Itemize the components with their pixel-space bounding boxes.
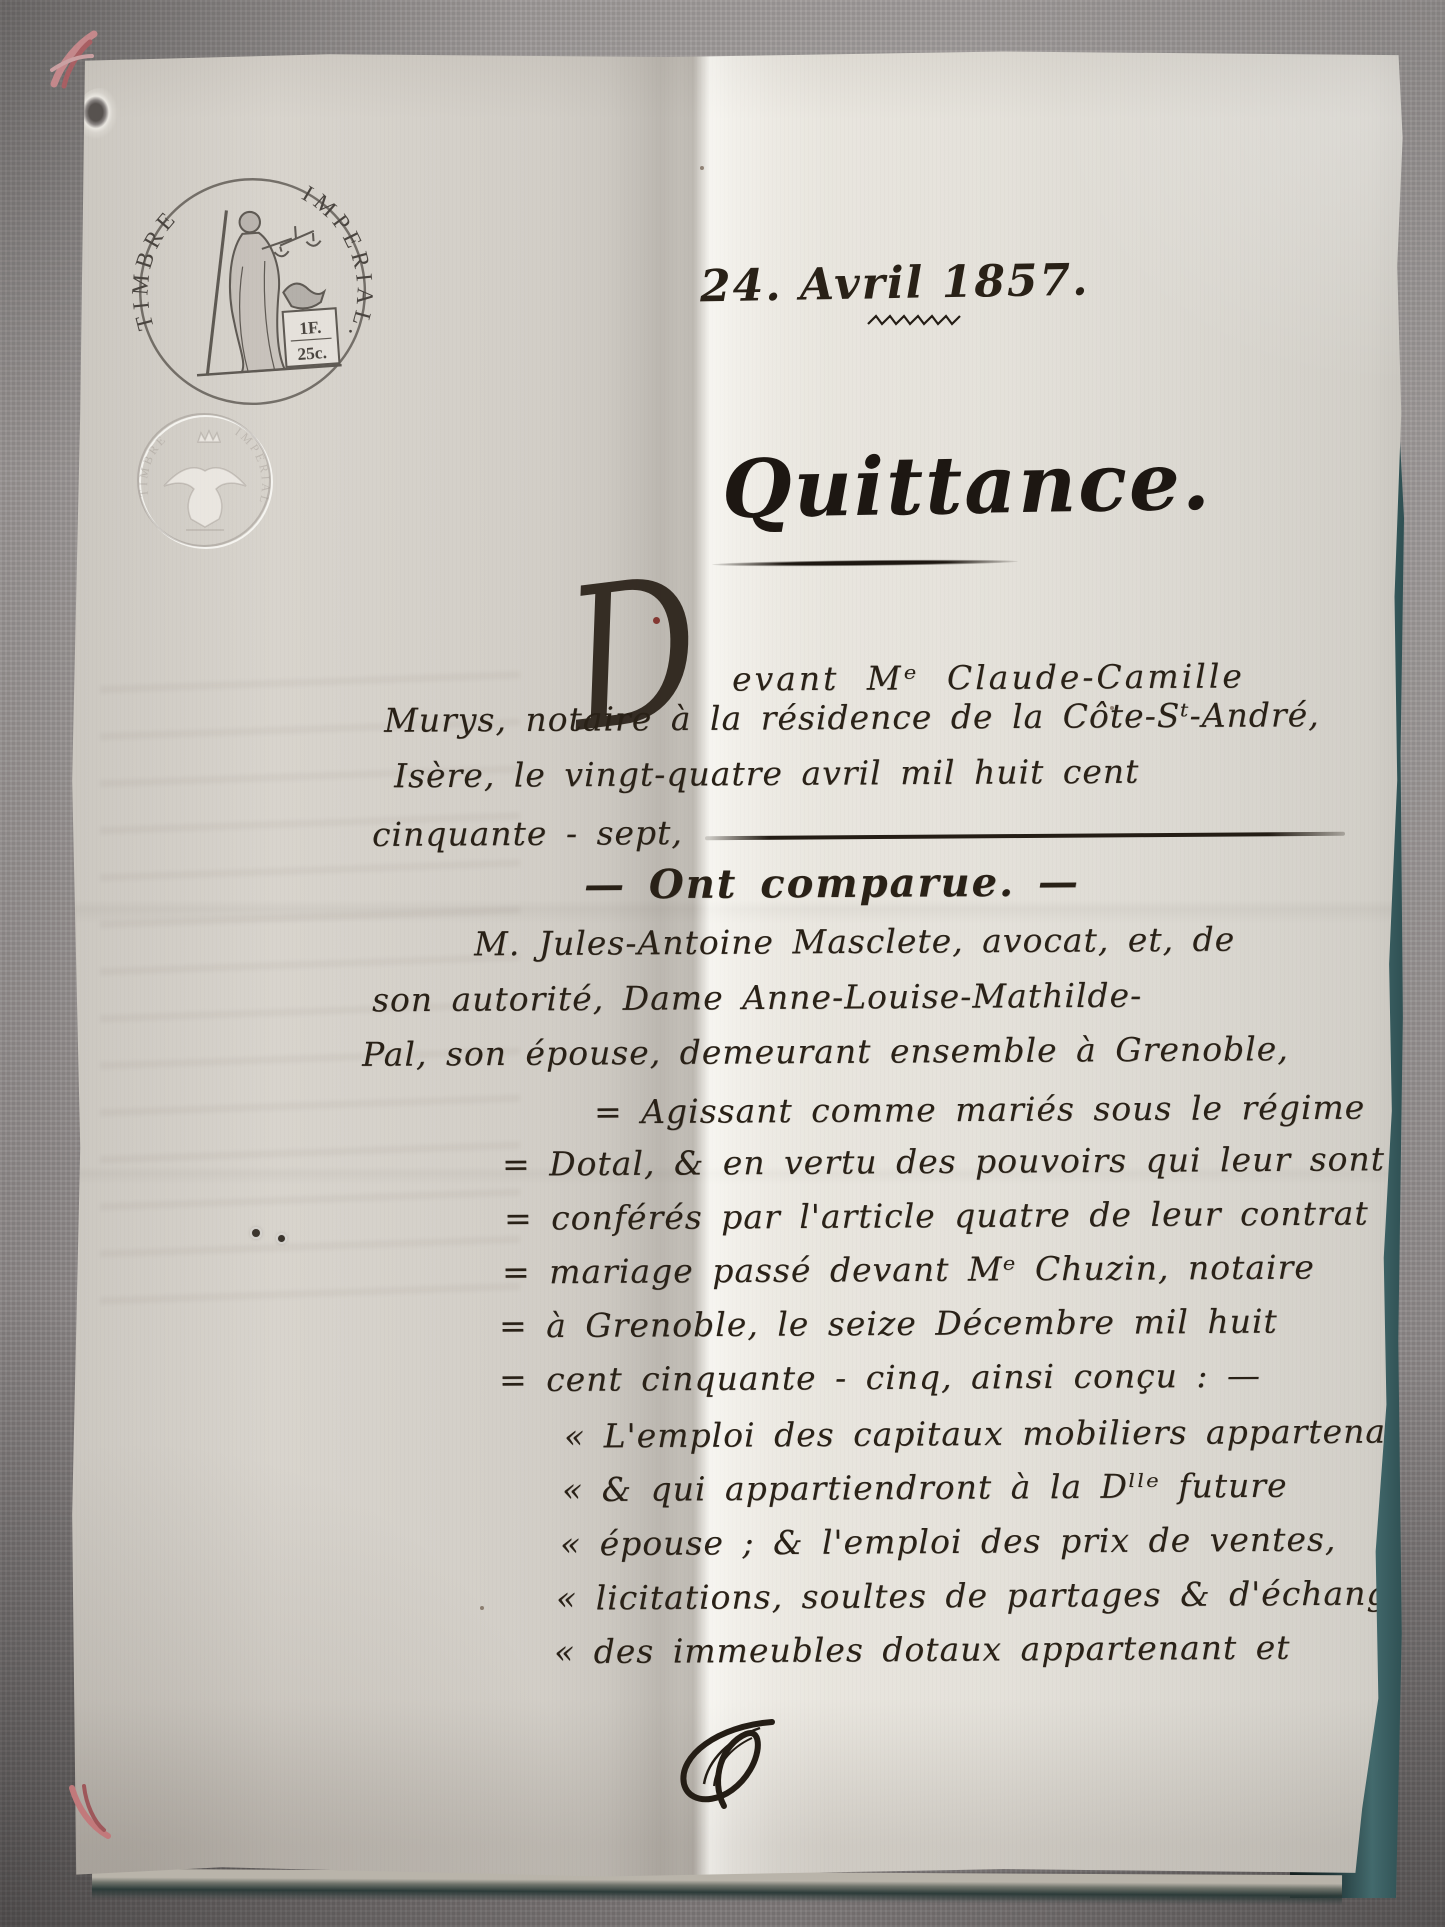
binding-thread-bottom [62, 1782, 116, 1842]
manuscript-line: Murys, notaire à la résidence de la Côte… [384, 695, 1320, 740]
manuscript-line: « licitations, soultes de partages & d'é… [556, 1573, 1427, 1617]
photograph-of-notarial-deed: TIMBRE IMPERIAL. 1F. [0, 0, 1445, 1927]
manuscript-text: evant Mᵉ Claude-CamilleMurys, notaire à … [60, 46, 1408, 1882]
binding-thread-top [44, 26, 104, 92]
document-page: TIMBRE IMPERIAL. 1F. [60, 46, 1408, 1882]
manuscript-line: = mariage passé devant Mᵉ Chuzin, notair… [502, 1248, 1315, 1292]
manuscript-line: « des immeubles dotaux appartenant et [554, 1628, 1291, 1671]
paper-speck [480, 1606, 484, 1610]
wormhole [278, 1235, 285, 1242]
manuscript-line: Pal, son épouse, demeurant ensemble à Gr… [362, 1029, 1289, 1074]
manuscript-line: M. Jules-Antoine Masclete, avocat, et, d… [474, 920, 1235, 964]
paraph-flourish [660, 1712, 800, 1822]
manuscript-line: = Agissant comme mariés sous le régime [594, 1088, 1365, 1132]
comparu-heading: — Ont comparue. — [584, 858, 1080, 908]
manuscript-line: = à Grenoble, le seize Décembre mil huit [499, 1302, 1278, 1346]
paper-speck [1110, 706, 1114, 710]
paper-speck [700, 166, 704, 170]
manuscript-line: son autorité, Dame Anne-Louise-Mathilde- [372, 976, 1142, 1020]
manuscript-line: cinquante - sept, [372, 813, 683, 854]
manuscript-line: = Dotal, & en vertu des pouvoirs qui leu… [502, 1139, 1385, 1183]
manuscript-line: = conférés par l'article quatre de leur … [504, 1193, 1430, 1238]
manuscript-line: evant Mᵉ Claude-Camille [732, 656, 1245, 698]
manuscript-line: « épouse ; & l'emploi des prix de ventes… [560, 1520, 1337, 1564]
manuscript-line: = cent cinquante - cinq, ainsi conçu : — [499, 1356, 1261, 1400]
manuscript-line: Isère, le vingt-quatre avril mil huit ce… [394, 752, 1140, 796]
manuscript-line: « L'emploi des capitaux mobiliers appart… [564, 1411, 1423, 1455]
wormhole [252, 1229, 260, 1237]
manuscript-line: « & qui appartiendront à la Dˡˡᵉ future [562, 1466, 1288, 1509]
